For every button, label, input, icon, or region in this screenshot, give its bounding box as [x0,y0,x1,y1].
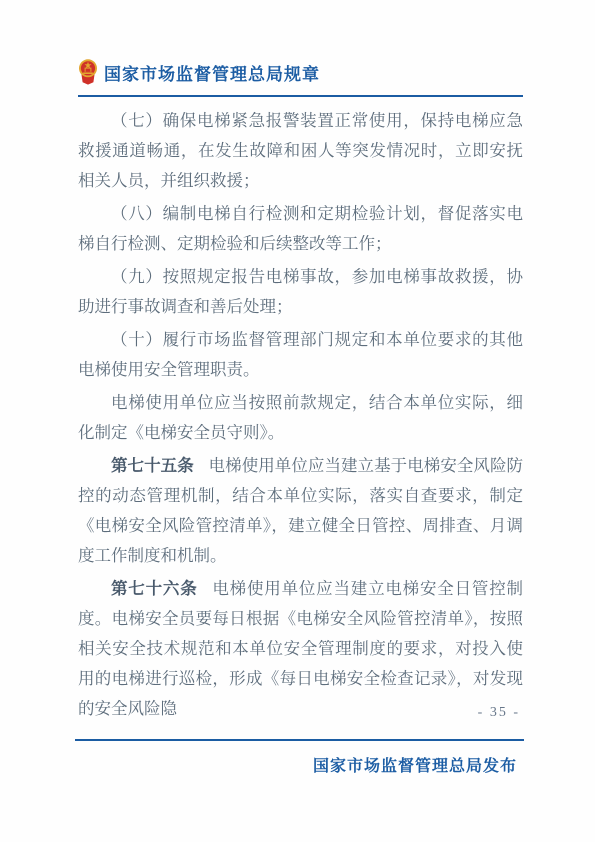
document-page: 国家市场监督管理总局规章 （七）确保电梯紧急报警装置正常使用，保持电梯应急救援通… [0,0,595,842]
body-paragraph: （九）按照规定报告电梯事故，参加电梯事故救援，协助进行事故调查和善后处理； [78,262,523,322]
national-emblem-icon [78,59,98,85]
body-paragraph: 电梯使用单位应当按照前款规定，结合本单位实际，细化制定《电梯安全员守则》。 [78,388,523,448]
article-number-label: 第七十五条 [111,456,194,475]
article-number-label: 第七十六条 [111,579,198,598]
document-body: （七）确保电梯紧急报警装置正常使用，保持电梯应急救援通道畅通，在发生故障和困人等… [78,106,523,727]
body-paragraph-article-75: 第七十五条电梯使用单位应当建立基于电梯安全风险防控的动态管理机制，结合本单位实际… [78,451,523,571]
document-header: 国家市场监督管理总局规章 [78,58,523,97]
page-number: - 35 - [478,705,520,721]
document-header-title: 国家市场监督管理总局规章 [104,60,320,85]
body-paragraph: （七）确保电梯紧急报警装置正常使用，保持电梯应急救援通道畅通，在发生故障和困人等… [78,106,523,196]
body-paragraph: （八）编制电梯自行检测和定期检验计划，督促落实电梯自行检测、定期检验和后续整改等… [78,199,523,259]
body-paragraph: （十）履行市场监督管理部门规定和本单位要求的其他电梯使用安全管理职责。 [78,325,523,385]
footer-publisher: 国家市场监督管理总局发布 [313,753,517,776]
article-text: 电梯使用单位应当建立电梯安全日管控制度。电梯安全员要每日根据《电梯安全风险管控清… [78,579,523,718]
footer-divider [75,739,524,741]
body-paragraph-article-76: 第七十六条电梯使用单位应当建立电梯安全日管控制度。电梯安全员要每日根据《电梯安全… [78,574,523,724]
